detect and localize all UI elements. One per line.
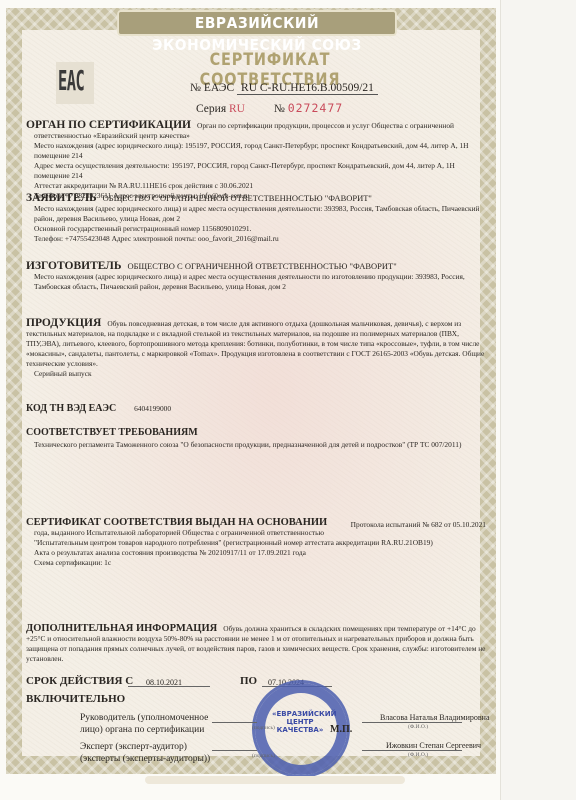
section-basis: СЕРТИФИКАТ СООТВЕТСТВИЯ ВЫДАН НА ОСНОВАН… <box>26 518 486 568</box>
head-name: Власова Наталья Владимировна <box>380 712 490 724</box>
head-label: Руководитель (уполномоченное лицо) орган… <box>80 712 208 736</box>
section-product: ПРОДУКЦИЯОбувь повседневная детская, в т… <box>26 318 486 379</box>
expert-signature-line <box>212 750 257 751</box>
validity-inclusive: ВКЛЮЧИТЕЛЬНО <box>26 693 125 705</box>
section-conformity: СООТВЕТСТВУЕТ ТРЕБОВАНИЯМ Технического р… <box>26 428 486 450</box>
serial-number: 0272477 <box>288 101 343 115</box>
section-certification-body: ОРГАН ПО СЕРТИФИКАЦИИОрган по сертификац… <box>26 120 486 201</box>
certificate-number-value: RU C-RU.НЕ16.В.00509/21 <box>237 82 378 95</box>
validity-from-date: 08.10.2021 <box>146 677 182 689</box>
printer-footer-strip <box>145 776 405 784</box>
section-hs-code: КОД ТН ВЭД ЕАЭС 6404199000 <box>26 404 486 414</box>
section-additional-info: ДОПОЛНИТЕЛЬНАЯ ИНФОРМАЦИЯОбувь должна хр… <box>26 624 486 664</box>
head-signature-line <box>212 722 257 723</box>
section-applicant: ЗАЯВИТЕЛЬОБЩЕСТВО С ОГРАНИЧЕННОЙ ОТВЕТСТ… <box>26 193 486 244</box>
expert-label: Эксперт (эксперт-аудитор) (эксперты (экс… <box>80 741 210 765</box>
hs-code-value: 6404199000 <box>134 404 171 413</box>
seal-stamp-text: «ЕВРАЗИЙСКИЙ ЦЕНТР КАЧЕСТВА» <box>272 710 328 734</box>
series-value: RU <box>229 103 245 115</box>
series-line: Серия RU № 0272477 <box>196 101 343 115</box>
validity-from-label: СРОК ДЕЙСТВИЯ С <box>26 675 133 687</box>
expert-name: Ижовкин Степан Сергеевич <box>386 740 481 752</box>
seal-label: М.П. <box>330 724 352 736</box>
section-manufacturer: ИЗГОТОВИТЕЛЬОБЩЕСТВО С ОГРАНИЧЕННОЙ ОТВЕ… <box>26 261 486 292</box>
eac-logo-icon: ЕАС <box>58 64 84 97</box>
validity-to-label: ПО <box>240 675 257 687</box>
union-banner: ЕВРАЗИЙСКИЙ ЭКОНОМИЧЕСКИЙ СОЮЗ <box>117 10 397 36</box>
page-margin <box>500 0 576 800</box>
certificate-number: № ЕАЭС RU C-RU.НЕ16.В.00509/21 <box>190 82 378 94</box>
